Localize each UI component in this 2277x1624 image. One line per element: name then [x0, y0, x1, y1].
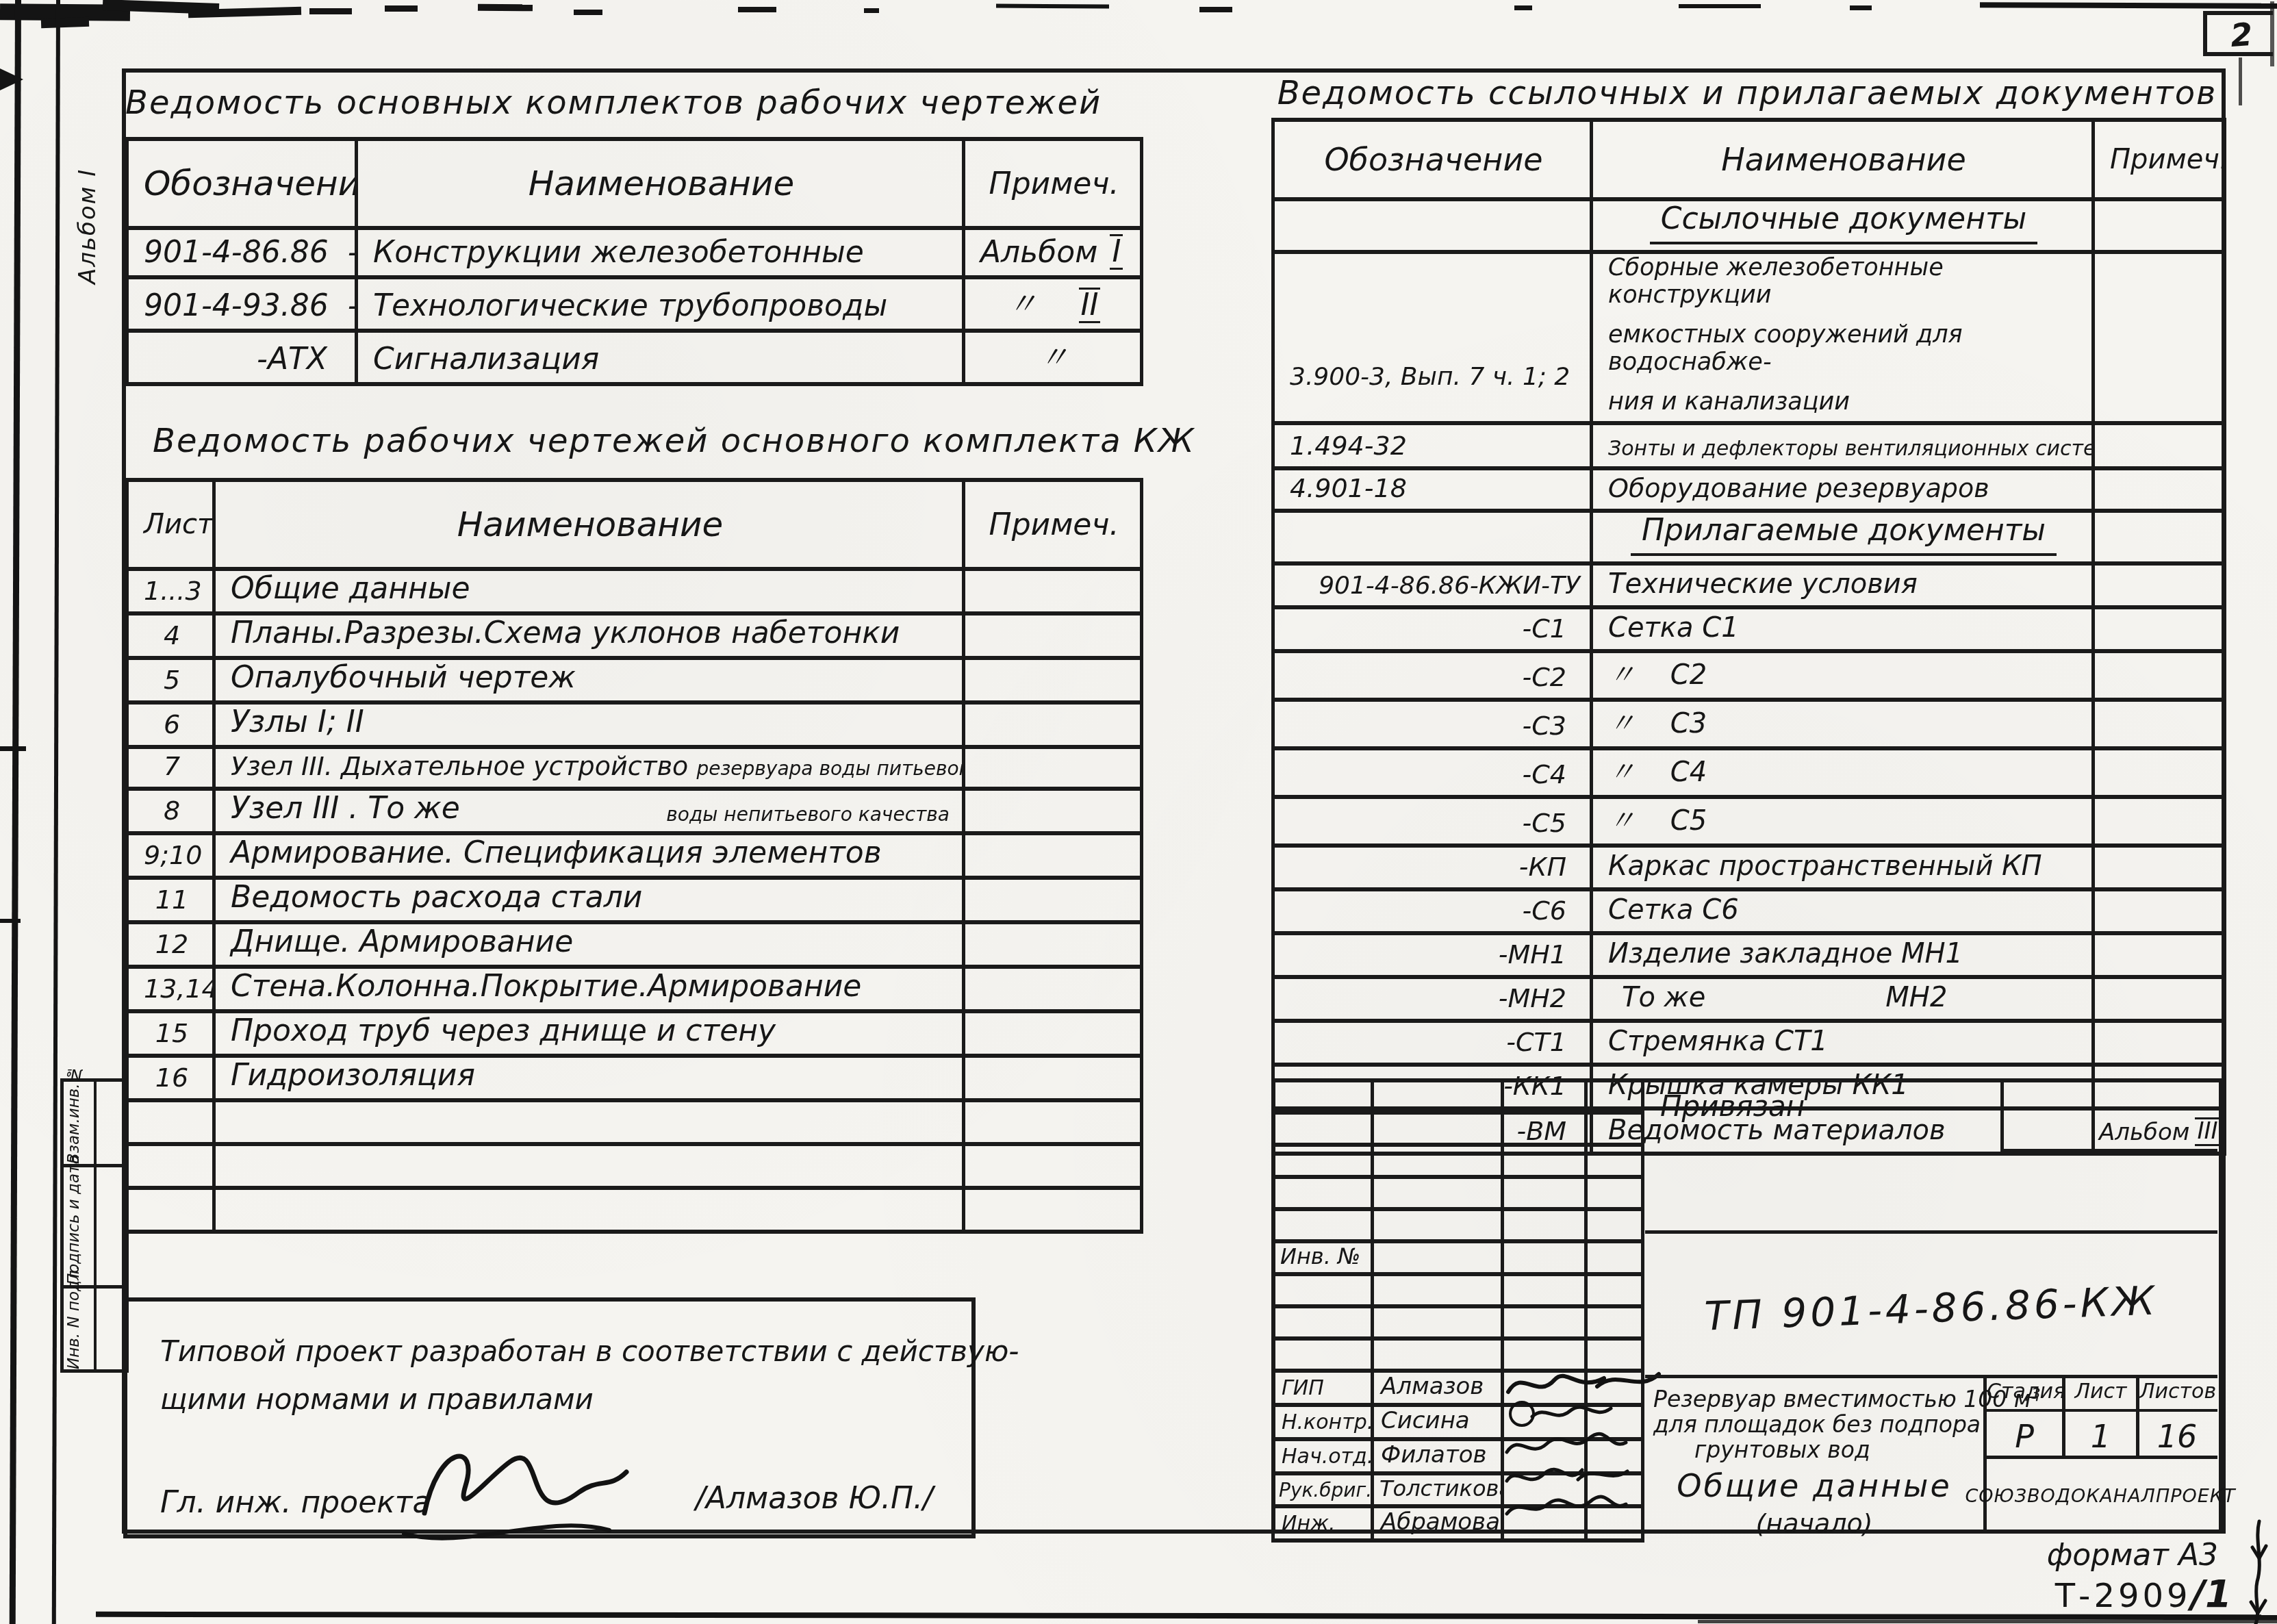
stage-value: Р	[1987, 1418, 2062, 1455]
cell-name: Узлы I; II	[214, 702, 964, 747]
cell-name: Оборудование резервуаров	[1592, 468, 2094, 511]
cell-note	[964, 833, 1142, 878]
torn-edge-mark	[1980, 2, 2277, 9]
cell-name: 〃 С4	[1592, 748, 2094, 797]
signature-role: Инж.	[1273, 1506, 1373, 1540]
cell-note	[964, 922, 1142, 967]
bottom-edge-line	[96, 1612, 2277, 1620]
margin-stamp-boxes: Взам.инв.№ Подпись и дата Инв. N подл.	[60, 1078, 129, 1373]
binding-edge-line	[52, 0, 60, 1624]
cell-sheet: 7	[127, 747, 214, 789]
sheet-value: 1	[2065, 1418, 2136, 1455]
table-row: -МН1Изделие закладное МН1	[1273, 933, 2225, 977]
cell-designation: -С2	[1273, 651, 1592, 700]
bottom-edge-line	[1698, 1620, 2277, 1623]
cell-note: 〃	[964, 331, 1142, 384]
signature-name: Сисина	[1373, 1405, 1503, 1439]
stamp-box: Инв. N подл.	[60, 1285, 129, 1373]
torn-edge-mark	[1679, 4, 1761, 8]
signature-autograph	[1501, 1490, 1638, 1529]
cell-designation: 901-4-93.86 -ТТ	[127, 277, 357, 331]
cell-note	[964, 1056, 1142, 1100]
cell-name: 〃 С5	[1592, 797, 2094, 846]
cell-designation: -С3	[1273, 700, 1592, 748]
cell-designation: 901-4-86.86 -КЖ	[127, 228, 357, 277]
chief-engineer-signature	[383, 1404, 657, 1554]
torn-edge-mark	[864, 8, 879, 13]
col-header-name: Наименование	[1592, 120, 2094, 199]
cell-designation: -МН1	[1273, 933, 1592, 977]
docs-table-title: Ведомость ссылочных и прилагаемых докуме…	[1271, 74, 2223, 112]
kj-sheets-table: Лист Наименование Примеч. 1...3Общие дан…	[125, 478, 1143, 1234]
section-header: Прилагаемые документы	[1592, 511, 2094, 563]
signature-name: Филатов	[1373, 1439, 1503, 1473]
cell-name: Планы.Разрезы.Схема уклонов набетонки	[214, 613, 964, 658]
cell-designation: 901-4-86.86-КЖИ-ТУ	[1273, 563, 1592, 607]
table-row: 6Узлы I; II	[127, 702, 1142, 747]
torn-edge-mark	[1514, 5, 1532, 10]
cell-name: Сигнализация	[357, 331, 964, 384]
note-text-line: Типовой проект разработан в соответствии…	[160, 1334, 1019, 1368]
stage-label: Стадия	[1987, 1380, 2062, 1404]
table-row: 15Проход труб через днище и стену	[127, 1011, 1142, 1056]
cell-designation: -МН2	[1273, 977, 1592, 1021]
album-margin-label: Альбом I	[74, 164, 116, 288]
stamp-box-label: Инв. N подл.	[65, 1289, 94, 1369]
cell-sheet: 11	[127, 878, 214, 922]
cell-name: Стена.Колонна.Покрытие.Армирование	[214, 967, 964, 1011]
col-header-sheet: Лист	[127, 480, 214, 569]
cell-note	[964, 658, 1142, 702]
cell-note	[964, 967, 1142, 1011]
cell-name: Ведомость расхода стали	[214, 878, 964, 922]
project-name: Резервуар вместимостью 100 м3 для площад…	[1653, 1382, 1982, 1462]
cell-designation: -КП	[1273, 846, 1592, 889]
right-edge-tick	[2239, 58, 2242, 105]
table-row: 8 Узел III . То жеводы непитьевого качес…	[127, 789, 1142, 833]
main-sets-table-title: Ведомость основных комплектов рабочих че…	[125, 84, 1097, 122]
cell-name: Сборные железобетонные конструкции емкос…	[1592, 252, 2094, 423]
table-row: -С3〃 С3	[1273, 700, 2225, 748]
table-row: 901-4-86.86 -КЖ Конструкции железобетонн…	[127, 228, 1142, 277]
empty-row	[127, 1100, 1142, 1144]
document-subtitle: (начало)	[1645, 1508, 1983, 1538]
cell-name: Узел III . То жеводы непитьевого качеств…	[214, 789, 964, 833]
torn-edge-mark	[1850, 5, 1872, 10]
table-row: 4Планы.Разрезы.Схема уклонов набетонки	[127, 613, 1142, 658]
cell-designation: 3.900-3, Вып. 7 ч. 1; 2	[1273, 252, 1592, 423]
cell-note	[964, 789, 1142, 833]
drawing-sheet: 2 Альбом I Взам.инв.№ Подпись и дата Инв…	[0, 0, 2277, 1624]
col-header-designation: Обозначение	[1273, 120, 1592, 199]
table-row: -СТ1Стремянка СТ1	[1273, 1021, 2225, 1065]
chief-engineer-name: /Алмазов Ю.П./	[696, 1481, 933, 1516]
torn-edge-mark	[996, 4, 1109, 9]
torn-edge-mark	[1199, 7, 1232, 12]
sheets-label: Листов	[2139, 1380, 2215, 1404]
col-header-designation: Обозначение	[127, 139, 357, 228]
col-header-name: Наименование	[357, 139, 964, 228]
signature-name: Абрамова	[1373, 1506, 1503, 1540]
cell-name: Каркас пространственный КП	[1592, 846, 2094, 889]
torn-edge-mark	[385, 5, 418, 12]
cell-sheet: 15	[127, 1011, 214, 1056]
document-title: Общие данные (начало)	[1645, 1467, 1983, 1538]
edge-tick	[0, 746, 26, 751]
torn-corner-squiggle	[2244, 1521, 2276, 1624]
stamp-box-label: Взам.инв.№	[65, 1082, 94, 1164]
signature-role: Н.контр.	[1273, 1405, 1373, 1439]
docs-table: Обозначение Наименование Примеч. Ссылочн…	[1271, 118, 2226, 1156]
title-block: Инв. № ГИПАлмазов Н.контр.Сисина Нач.отд…	[1271, 1078, 2223, 1534]
signature-role: ГИП	[1273, 1371, 1373, 1405]
cell-note	[964, 878, 1142, 922]
cell-name: Технические условия	[1592, 563, 2094, 607]
cell-designation: -С6	[1273, 889, 1592, 933]
cell-sheet: 12	[127, 922, 214, 967]
table-row: 1...3Общие данные	[127, 569, 1142, 613]
torn-edge-mark	[574, 10, 602, 15]
cell-designation: 1.494-32	[1273, 423, 1592, 468]
table-row: 1.494-32 Зонты и дефлекторы вентиляционн…	[1273, 423, 2225, 468]
sheet-label: Лист	[2065, 1380, 2136, 1404]
cell-name: Сетка С6	[1592, 889, 2094, 933]
table-row: -С5〃 С5	[1273, 797, 2225, 846]
kj-sheets-table-title: Ведомость рабочих чертежей основного ком…	[153, 422, 1125, 460]
cell-name: Конструкции железобетонные	[357, 228, 964, 277]
cell-name: Гидроизоляция	[214, 1056, 964, 1100]
table-row: -С4〃 С4	[1273, 748, 2225, 797]
format-label: формат А3	[2013, 1538, 2218, 1573]
cell-sheet: 5	[127, 658, 214, 702]
project-designation: ТП 901-4-86.86-КЖ	[1643, 1236, 2219, 1380]
table-row: 901-4-93.86 -ТТ Технологические трубопро…	[127, 277, 1142, 331]
sheets-value: 16	[2139, 1418, 2215, 1455]
page-number: 2	[2229, 16, 2254, 54]
signature-role: Нач.отд.	[1273, 1439, 1373, 1473]
table-row: 13,14Стена.Колонна.Покрытие.Армирование	[127, 967, 1142, 1011]
cell-name: Армирование. Спецификация элементов	[214, 833, 964, 878]
cell-sheet: 4	[127, 613, 214, 658]
pinned-cell-divider	[2000, 1082, 2217, 1152]
binding-edge-line	[10, 0, 21, 1624]
torn-edge-mark	[478, 4, 533, 12]
table-row: 9;10Армирование. Спецификация элементов	[127, 833, 1142, 878]
cell-name: Стремянка СТ1	[1592, 1021, 2094, 1065]
cell-name: Изделие закладное МН1	[1592, 933, 2094, 977]
section-header: Ссылочные документы	[1592, 199, 2094, 252]
table-row: -МН2 То жеМН2	[1273, 977, 2225, 1021]
section-row: Прилагаемые документы	[1273, 511, 2225, 563]
table-row: 4.901-18 Оборудование резервуаров	[1273, 468, 2225, 511]
table-row: 12Днище. Армирование	[127, 922, 1142, 967]
cell-note	[964, 613, 1142, 658]
cell-name: Опалубочный чертеж	[214, 658, 964, 702]
table-header-row: Лист Наименование Примеч.	[127, 480, 1142, 569]
table-row: 5Опалубочный чертеж	[127, 658, 1142, 702]
torn-edge-mark	[41, 17, 89, 28]
edge-tick	[0, 919, 21, 923]
signature-role: Рук.бриг.	[1273, 1473, 1373, 1506]
cell-designation: -С4	[1273, 748, 1592, 797]
table-row: -С6Сетка С6	[1273, 889, 2225, 933]
empty-row	[127, 1144, 1142, 1188]
col-header-note: Примеч.	[964, 480, 1142, 569]
section-row: Ссылочные документы	[1273, 199, 2225, 252]
signature-name: Алмазов	[1373, 1371, 1503, 1405]
cell-note	[964, 747, 1142, 789]
table-row: 3.900-3, Вып. 7 ч. 1; 2 Сборные железобе…	[1273, 252, 2225, 423]
edge-arrow-mark	[0, 68, 23, 90]
table-row: 7 Узел III. Дыхательное устройство резер…	[127, 747, 1142, 789]
main-sets-table: Обозначение Наименование Примеч. 901-4-8…	[125, 137, 1143, 386]
signature-name: Толстикова	[1373, 1473, 1503, 1506]
cell-sheet: 9;10	[127, 833, 214, 878]
table-header-row: Обозначение Наименование Примеч.	[1273, 120, 2225, 199]
document-code: Т-2909/1	[2006, 1572, 2232, 1616]
table-row: -АТХ Сигнализация 〃	[127, 331, 1142, 384]
torn-edge-mark	[309, 8, 352, 14]
cell-designation: -С5	[1273, 797, 1592, 846]
cell-note	[964, 702, 1142, 747]
cell-name: То жеМН2	[1592, 977, 2094, 1021]
table-row: -С1Сетка С1	[1273, 607, 2225, 651]
cell-note	[964, 1011, 1142, 1056]
col-header-name: Наименование	[214, 480, 964, 569]
cell-sheet: 13,14	[127, 967, 214, 1011]
cell-designation: 4.901-18	[1273, 468, 1592, 511]
col-header-note: Примеч.	[964, 139, 1142, 228]
empty-row	[127, 1188, 1142, 1232]
cell-designation: -АТХ	[127, 331, 357, 384]
col-header-note: Примеч.	[2094, 120, 2225, 199]
cell-name: Технологические трубопроводы	[357, 277, 964, 331]
table-row: 16Гидроизоляция	[127, 1056, 1142, 1100]
cell-name: Узел III. Дыхательное устройство резерву…	[214, 747, 964, 789]
table-row: 901-4-86.86-КЖИ-ТУТехнические условия	[1273, 563, 2225, 607]
cell-name: 〃 С2	[1592, 651, 2094, 700]
cell-sheet: 1...3	[127, 569, 214, 613]
cell-name: Проход труб через днище и стену	[214, 1011, 964, 1056]
table-row: -КПКаркас пространственный КП	[1273, 846, 2225, 889]
pinned-label: Привязан	[1660, 1089, 1805, 1123]
torn-edge-mark	[738, 7, 776, 12]
cell-sheet: 16	[127, 1056, 214, 1100]
cell-note: 〃II	[964, 277, 1142, 331]
cell-name: Сетка С1	[1592, 607, 2094, 651]
cell-name: 〃 С3	[1592, 700, 2094, 748]
cell-sheet: 6	[127, 702, 214, 747]
cell-designation: -С1	[1273, 607, 1592, 651]
cell-name: Днище. Армирование	[214, 922, 964, 967]
cell-name: Общие данные	[214, 569, 964, 613]
table-row: -С2〃 С2	[1273, 651, 2225, 700]
cell-name: Зонты и дефлекторы вентиляционных систем	[1592, 423, 2094, 468]
cell-note: АльбомI	[964, 228, 1142, 277]
organization-name: СОЮЗВОДОКАНАЛПРОЕКТ	[1983, 1462, 2217, 1530]
table-header-row: Обозначение Наименование Примеч.	[127, 139, 1142, 228]
inventory-number-label: Инв. №	[1273, 1241, 1373, 1274]
page-number-box: 2	[2203, 11, 2273, 56]
table-row: 11Ведомость расхода стали	[127, 878, 1142, 922]
cell-sheet: 8	[127, 789, 214, 833]
cell-note	[964, 569, 1142, 613]
cell-designation: -СТ1	[1273, 1021, 1592, 1065]
document-code-suffix: /1	[2191, 1572, 2232, 1616]
